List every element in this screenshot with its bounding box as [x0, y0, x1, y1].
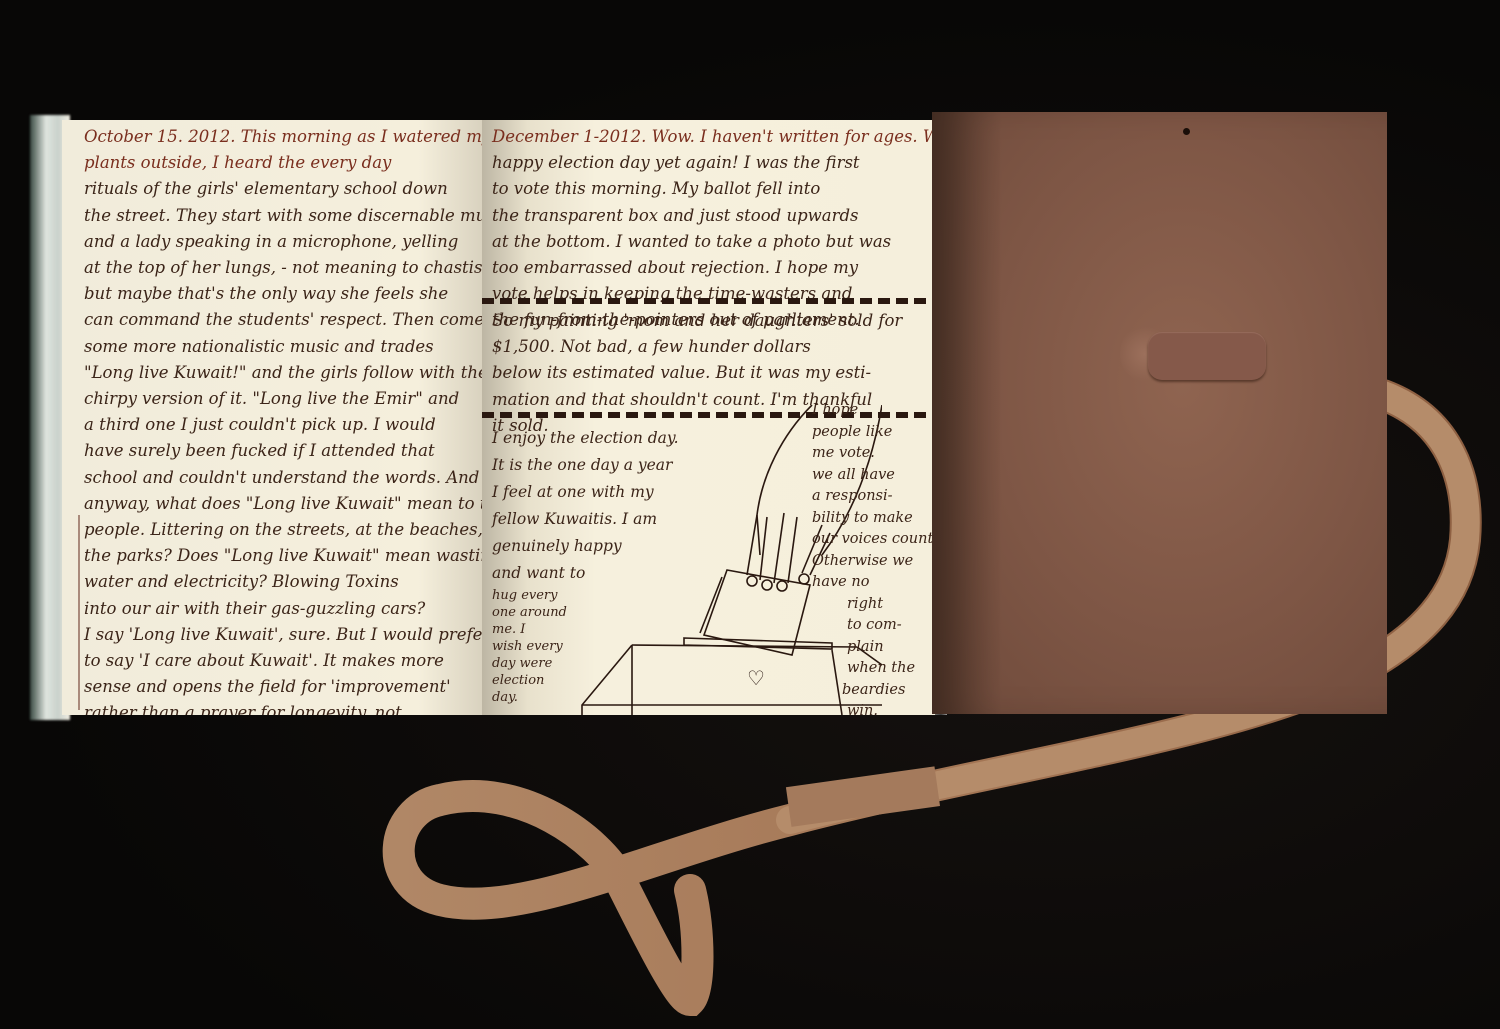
- text-line: "Long live Kuwait!" and the girls follow…: [84, 360, 479, 386]
- vote-responsibility-note: I hope people like me vote. we all have …: [812, 400, 932, 715]
- left-page-text: October 15. 2012. This morning as I wate…: [84, 124, 479, 715]
- cover-hole: [1183, 128, 1190, 135]
- text-line: me vote.: [812, 443, 932, 465]
- text-line: bility to make: [812, 508, 932, 530]
- text-line: Otherwise we: [812, 551, 932, 573]
- text-line: at the top of her lungs, - not meaning t…: [84, 255, 479, 281]
- text-line: $1,500. Not bad, a few hunder dollars: [492, 334, 932, 360]
- text-line: people. Littering on the streets, at the…: [84, 517, 479, 543]
- entry-date-line: October 15. 2012. This morning as I wate…: [84, 124, 479, 150]
- text-line: wish every: [492, 638, 742, 655]
- text-line: and want to: [492, 560, 742, 587]
- text-line: some more nationalistic music and trades: [84, 334, 479, 360]
- text-line: a responsi-: [812, 486, 932, 508]
- text-line: into our air with their gas-guzzling car…: [84, 596, 479, 622]
- text-line: I say 'Long live Kuwait', sure. But I wo…: [84, 622, 479, 648]
- text-line: to vote this morning. My ballot fell int…: [492, 176, 932, 202]
- text-line: the transparent box and just stood upwar…: [492, 203, 932, 229]
- text-line: I enjoy the election day.: [492, 425, 742, 452]
- closure-loop: [1148, 332, 1266, 380]
- text-line: It is the one day a year: [492, 452, 742, 479]
- text-line: sense and opens the field for 'improveme…: [84, 674, 479, 700]
- right-page: December 1-2012. Wow. I haven't written …: [482, 120, 937, 715]
- text-line: our voices count.: [812, 529, 932, 551]
- text-line: have surely been fucked if I attended th…: [84, 438, 479, 464]
- text-line: we all have: [812, 465, 932, 487]
- text-line: anyway, what does "Long live Kuwait" mea…: [84, 491, 479, 517]
- text-line: below its estimated value. But it was my…: [492, 360, 932, 386]
- text-line: genuinely happy: [492, 533, 742, 560]
- text-line: plain: [812, 637, 932, 659]
- text-line: to com-: [812, 615, 932, 637]
- checkered-divider: [482, 298, 932, 304]
- text-line: the parks? Does "Long live Kuwait" mean …: [84, 543, 479, 569]
- election-day-note: I enjoy the election day. It is the one …: [492, 425, 742, 706]
- text-line: too embarrassed about rejection. I hope …: [492, 255, 932, 281]
- text-line: chirpy version of it. "Long live the Emi…: [84, 386, 479, 412]
- text-line: beardies: [812, 680, 932, 702]
- text-line: when the: [812, 658, 932, 680]
- text-line: day were: [492, 655, 742, 672]
- text-line: me. I: [492, 621, 742, 638]
- text-line: the street. They start with some discern…: [84, 203, 479, 229]
- text-line: at the bottom. I wanted to take a photo …: [492, 229, 932, 255]
- text-line: plants outside, I heard the every day: [84, 150, 479, 176]
- text-line: right: [812, 594, 932, 616]
- text-line: can command the students' respect. Then …: [84, 307, 479, 333]
- open-journal: October 15. 2012. This morning as I wate…: [30, 115, 930, 720]
- text-line: hug every: [492, 587, 742, 604]
- text-line: rituals of the girls' elementary school …: [84, 176, 479, 202]
- text-line: water and electricity? Blowing Toxins: [84, 569, 479, 595]
- text-line: win.: [812, 701, 932, 715]
- text-line: I hope: [812, 400, 932, 422]
- text-line: people like: [812, 422, 932, 444]
- text-line: and a lady speaking in a microphone, yel…: [84, 229, 479, 255]
- text-line: but maybe that's the only way she feels …: [84, 281, 479, 307]
- text-line: So my painting 'mom and her daughters' s…: [492, 308, 932, 334]
- text-line: rather than a prayer for longevity, not: [84, 700, 479, 715]
- text-line: happy election day yet again! I was the …: [492, 150, 932, 176]
- text-line: election: [492, 672, 742, 689]
- text-line: school and couldn't understand the words…: [84, 465, 479, 491]
- heart-icon: ♡: [747, 666, 765, 690]
- text-line: day.: [492, 689, 742, 706]
- cover-spine-shadow: [932, 112, 1002, 714]
- text-line: have no: [812, 572, 932, 594]
- text-line: to say 'I care about Kuwait'. It makes m…: [84, 648, 479, 674]
- left-page: October 15. 2012. This morning as I wate…: [62, 120, 482, 715]
- text-line: I feel at one with my: [492, 479, 742, 506]
- text-line: fellow Kuwaitis. I am: [492, 506, 742, 533]
- text-line: a third one I just couldn't pick up. I w…: [84, 412, 479, 438]
- margin-line: [78, 515, 80, 710]
- text-line: one around: [492, 604, 742, 621]
- entry-date-line: December 1-2012. Wow. I haven't written …: [492, 124, 932, 150]
- leather-cover: [932, 112, 1387, 714]
